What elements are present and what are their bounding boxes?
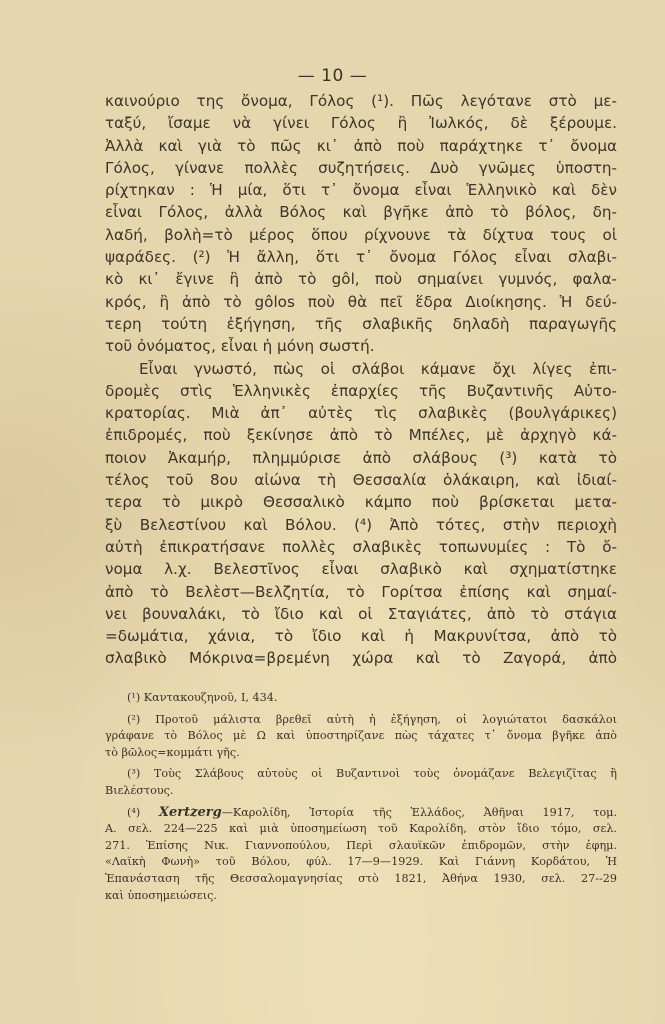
footnote-text: Καντακουζηνοῦ, Ι, 434. bbox=[144, 691, 278, 704]
text-line: τέλος τοῦ 8ου αἰώνα τὴ Θεσσαλία ὁλάκαιρη… bbox=[105, 469, 617, 491]
footnote-3: (³) Τοὺς Σλάβους αὐτοὺς οἱ Βυζαντινοὶ το… bbox=[105, 766, 617, 799]
footnote-marker: (⁴) bbox=[127, 806, 140, 819]
text-line: αὐτὴ ἐπικρατήσανε πολλὲς σλαβικὲς τοπωνυ… bbox=[105, 536, 617, 558]
text-line: τοῦ ὀνόματος, εἶναι ἡ μόνη σωστή. bbox=[105, 335, 617, 357]
text-line: τερη τούτη ἐξήγηση, τῆς σλαβικῆς δηλαδὴ … bbox=[105, 313, 617, 335]
footnote-4: (⁴) Xertzerg—Καρολίδη, Ἱστορία τῆς Ἑλλάδ… bbox=[105, 805, 617, 905]
text-line: ψαράδες. (²) Ἡ ἄλλη, ὅτι τ᾿ ὄνομα Γόλος … bbox=[105, 246, 617, 268]
text-line: καινούριο της ὄνομα, Γόλος (¹). Πῶς λεγό… bbox=[105, 90, 617, 112]
footnote-text: Α. σελ. 224—225 καὶ μιὰ ὑποσημείωση τοῦ … bbox=[105, 821, 617, 838]
page-number: — 10 — bbox=[0, 66, 665, 86]
footnote-text: τὸ βῶλος=κομμάτι γῆς. bbox=[105, 745, 617, 762]
footnote-text: καὶ ὑποσημειώσεις. bbox=[105, 888, 617, 905]
main-text: καινούριο της ὄνομα, Γόλος (¹). Πῶς λεγό… bbox=[105, 90, 617, 670]
text-line: κρός, ἢ ἀπὸ τὸ gôlos ποὺ θὰ πεῖ ἕδρα Διο… bbox=[105, 291, 617, 313]
footnote-text: 271. Ἐπίσης Νικ. Γιαννοπούλου, Περὶ σλαυ… bbox=[105, 838, 617, 855]
text-line: ἐπιδρομές, ποὺ ξεκίνησε ἀπὸ τὸ Μπέλες, μ… bbox=[105, 424, 617, 446]
text-line: =δωμάτια, χάνια, τὸ ἴδιο καὶ ἡ Μακρυνίτσ… bbox=[105, 625, 617, 647]
text-line: εἶναι Γόλος, ἀλλὰ Βόλος καὶ βγῆκε ἀπὸ τὸ… bbox=[105, 201, 617, 223]
footnote-text: —Καρολίδη, Ἱστορία τῆς Ἑλλάδος, Ἀθῆναι 1… bbox=[222, 806, 617, 819]
footnote-1: (¹) Καντακουζηνοῦ, Ι, 434. bbox=[105, 690, 617, 707]
text-line: Εἶναι γνωστό, πὼς οἱ σλάβοι κάμανε ὄχι λ… bbox=[105, 358, 617, 380]
text-line: ξὺ Βελεστίνου καὶ Βόλου. (⁴) Ἀπὸ τότες, … bbox=[105, 514, 617, 536]
text-line: τερα τὸ μικρὸ Θεσσαλικὸ κάμπο ποὺ βρίσκε… bbox=[105, 491, 617, 513]
text-line: ἀπὸ τὸ Βελὲστ—Βελζητία, τὸ Γορίτσα ἐπίση… bbox=[105, 581, 617, 603]
footnote-author: Xertzerg bbox=[159, 805, 222, 820]
footnote-text: «Λαϊκὴ Φωνὴ» τοῦ Βόλου, φύλ. 17—9—1929. … bbox=[105, 854, 617, 871]
footnote-text: Τοὺς Σλάβους αὐτοὺς οἱ Βυζαντινοὶ τοὺς ὀ… bbox=[154, 767, 617, 780]
footnote-text: Προτοῦ μάλιστα βρεθεῖ αὐτὴ ἡ ἐξήγηση, οἱ… bbox=[155, 713, 617, 726]
text-line: Ἀλλὰ καὶ γιὰ τὸ πῶς κι᾿ ἀπὸ ποὺ παράχτηκ… bbox=[105, 135, 617, 157]
text-line: ταξύ, ἴσαμε νὰ γίνει Γόλος ἢ Ἰωλκός, δὲ … bbox=[105, 112, 617, 134]
text-line: νομα λ.χ. Βελεστῖνος εἶναι σλαβικὸ καὶ σ… bbox=[105, 558, 617, 580]
text-line: ποιον Ἀκαμήρ, πλημμύρισε ἀπὸ σλάβους (³)… bbox=[105, 447, 617, 469]
footnote-text: Βιελέστους. bbox=[105, 783, 617, 800]
text-line: λαδή, βολὴ=τὸ μέρος ὅπου ρίχνουνε τὰ δίχ… bbox=[105, 224, 617, 246]
text-line: ρίχτηκαν : Ἡ μία, ὅτι τ᾿ ὄνομα εἶναι Ἑλλ… bbox=[105, 179, 617, 201]
footnote-marker: (¹) bbox=[127, 691, 140, 704]
footnote-marker: (³) bbox=[127, 767, 140, 780]
footnote-text: γράφανε τὸ Βόλος μὲ Ω καὶ ὑποστηρίζανε π… bbox=[105, 728, 617, 745]
footnote-2: (²) Προτοῦ μάλιστα βρεθεῖ αὐτὴ ἡ ἐξήγηση… bbox=[105, 712, 617, 762]
text-line: κὸ κι᾿ ἔγινε ἢ ἀπὸ τὸ gôl, ποὺ σημαίνει … bbox=[105, 268, 617, 290]
footnotes: (¹) Καντακουζηνοῦ, Ι, 434. (²) Προτοῦ μά… bbox=[105, 690, 617, 909]
text-line: σλαβικὸ Μόκρινα=βρεμένη χώρα καὶ τὸ Ζαγο… bbox=[105, 647, 617, 669]
footnote-text: Ἐπανάσταση τῆς Θεσσαλομαγνησίας στὸ 1821… bbox=[105, 871, 617, 888]
text-line: κρατορίας. Μιὰ ἀπ᾿ αὐτὲς τὶς σλαβικὲς (β… bbox=[105, 402, 617, 424]
footnote-marker: (²) bbox=[127, 713, 140, 726]
text-line: Γόλος, γίνανε πολλὲς συζητήσεις. Δυὸ γνῶ… bbox=[105, 157, 617, 179]
text-line: νει βουναλάκι, τὸ ἴδιο καὶ οἱ Σταγιάτες,… bbox=[105, 603, 617, 625]
text-line: δρομὲς στὶς Ἑλληνικὲς ἐπαρχίες τῆς Βυζαν… bbox=[105, 380, 617, 402]
